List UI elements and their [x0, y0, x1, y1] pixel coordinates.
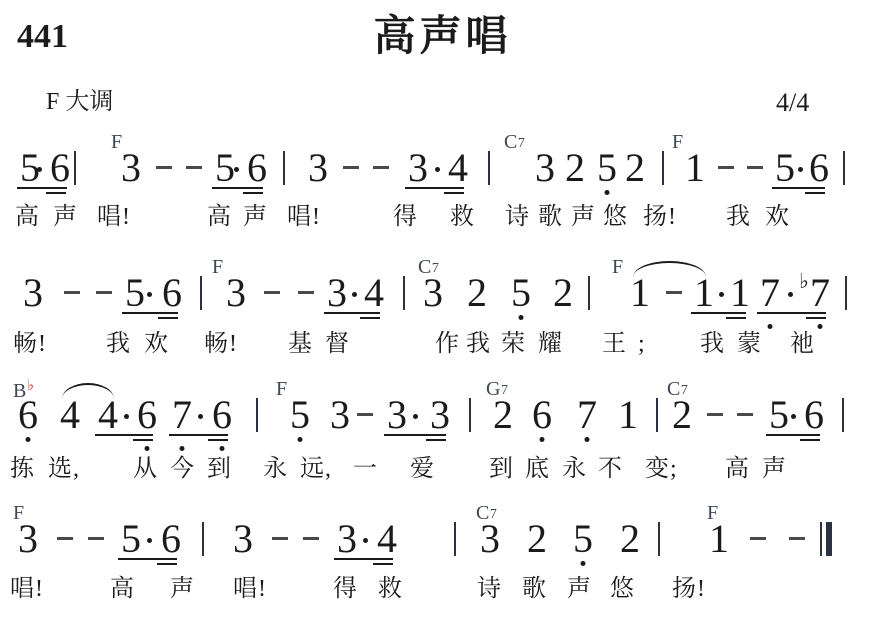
- barline: [454, 522, 456, 556]
- lyric-syllable: 蒙: [737, 330, 762, 359]
- barline: [662, 151, 664, 185]
- lyric-syllable: 作: [435, 330, 460, 359]
- barline: [200, 276, 202, 310]
- chord-quality: 7: [518, 136, 526, 151]
- note-6: 6: [804, 400, 824, 430]
- lyric-syllable: 声: [170, 575, 195, 604]
- lyric-syllable: 祂: [790, 330, 815, 359]
- duration-dash: [707, 413, 723, 416]
- lyric-syllable: 畅!: [13, 330, 47, 359]
- duration-dash: [186, 166, 202, 169]
- beam-underline: [118, 558, 177, 560]
- music-line: B♭644676F5333G72671C7256拣选,从今到永远,一爱到底永不变…: [0, 400, 885, 525]
- music-line: 356F334C73252F11177♭畅!我欢畅!基督作我荣耀王;我蒙祂: [0, 278, 885, 403]
- beam-underline: [766, 434, 820, 436]
- beam-underline: [122, 312, 178, 314]
- dotted-note-dot: [788, 292, 793, 297]
- note-7: 7: [172, 400, 192, 430]
- note-5: 5: [215, 153, 235, 183]
- lyric-syllable: 我: [466, 330, 491, 359]
- lyric-syllable: 到: [207, 455, 232, 484]
- dotted-note-dot: [234, 167, 239, 172]
- note-6: 6: [532, 400, 552, 430]
- lyric-syllable: 高: [110, 575, 135, 604]
- music-line: 56F356334C73252F156高声唱!高声唱!得救诗歌声悠扬!我欢: [0, 153, 885, 278]
- chord-label: F: [612, 257, 624, 277]
- lyric-syllable: 督: [325, 330, 350, 359]
- note-1: 1: [730, 278, 750, 308]
- note-2: 2: [467, 278, 487, 308]
- octave-dot: [540, 437, 545, 442]
- note-3: 3: [408, 153, 428, 183]
- duration-dash: [357, 413, 373, 416]
- octave-dot: [220, 446, 225, 451]
- dotted-note-dot: [37, 167, 42, 172]
- beam-double-underline: [208, 439, 228, 441]
- note-2: 2: [527, 524, 547, 554]
- lyric-syllable: 王: [602, 330, 627, 359]
- lyric-syllable: 欢: [765, 203, 790, 232]
- note-5: 5: [121, 524, 141, 554]
- lyric-syllable: 我: [106, 330, 131, 359]
- barline: [656, 398, 658, 432]
- beam-underline: [691, 312, 746, 314]
- flat-accidental-icon: ♭: [799, 271, 809, 292]
- note-1: 1: [694, 278, 714, 308]
- note-6: 6: [161, 524, 181, 554]
- lyric-syllable: 得: [393, 203, 418, 232]
- note-6: 6: [809, 153, 829, 183]
- music-line: F356334C73252F1唱!高声唱!得救诗歌声悠扬!: [0, 524, 885, 641]
- barline: [588, 276, 590, 310]
- lyric-syllable: 底: [525, 455, 550, 484]
- lyric-syllable: 扬!: [672, 575, 706, 604]
- lyric-syllable: 声: [762, 455, 787, 484]
- beam-double-underline: [46, 192, 66, 194]
- note-3: 3: [121, 153, 141, 183]
- chord-label: C7: [504, 132, 525, 152]
- note-2: 2: [553, 278, 573, 308]
- lyric-syllable: 唱!: [233, 575, 267, 604]
- note-6: 6: [162, 278, 182, 308]
- dotted-note-dot: [435, 167, 440, 172]
- beam-underline: [405, 187, 464, 189]
- octave-dot: [768, 324, 773, 329]
- lyric-syllable: 基: [288, 330, 313, 359]
- beam-underline: [17, 187, 67, 189]
- duration-dash: [272, 537, 288, 540]
- octave-dot: [298, 437, 303, 442]
- note-5: 5: [597, 153, 617, 183]
- note-2: 2: [565, 153, 585, 183]
- lyric-syllable: 我: [700, 330, 725, 359]
- lyric-syllable: 到: [489, 455, 514, 484]
- octave-dot: [585, 437, 590, 442]
- octave-dot: [26, 437, 31, 442]
- note-3: 3: [387, 400, 407, 430]
- note-3: 3: [535, 153, 555, 183]
- beam-underline: [169, 434, 228, 436]
- final-barline: [820, 522, 822, 556]
- lyric-syllable: 声: [571, 203, 596, 232]
- final-barline-thick: [826, 522, 832, 556]
- duration-dash: [156, 166, 172, 169]
- note-5: 5: [775, 153, 795, 183]
- note-4: 4: [98, 400, 118, 430]
- lyric-syllable: 得: [333, 575, 358, 604]
- beam-double-underline: [805, 192, 825, 194]
- lyric-syllable: ;: [638, 330, 646, 359]
- note-6: 6: [50, 153, 70, 183]
- duration-dash: [789, 537, 805, 540]
- duration-dash: [303, 537, 319, 540]
- beam-double-underline: [726, 317, 746, 319]
- dotted-note-dot: [791, 414, 796, 419]
- note-5: 5: [125, 278, 145, 308]
- beam-double-underline: [133, 439, 153, 441]
- beam-underline: [324, 312, 380, 314]
- lyric-syllable: 今: [170, 455, 195, 484]
- barline: [843, 151, 845, 185]
- octave-dot: [581, 561, 586, 566]
- beam-double-underline: [426, 439, 446, 441]
- barline: [283, 151, 285, 185]
- lyric-syllable: 唱!: [97, 203, 131, 232]
- hymn-sheet: 441 高声唱 F 大调 4/4 56F356334C73252F156高声唱!…: [0, 0, 885, 641]
- lyric-syllable: 声: [567, 575, 592, 604]
- lyric-syllable: 拣: [10, 455, 35, 484]
- duration-dash: [96, 291, 112, 294]
- beam-double-underline: [444, 192, 464, 194]
- octave-dot: [519, 315, 524, 320]
- note-3: 3: [330, 400, 350, 430]
- note-4: 4: [364, 278, 384, 308]
- beam-underline: [757, 312, 826, 314]
- duration-dash: [264, 291, 280, 294]
- note-3: 3: [337, 524, 357, 554]
- note-2: 2: [672, 400, 692, 430]
- lyric-syllable: 我: [726, 203, 751, 232]
- lyric-syllable: 欢: [144, 330, 169, 359]
- note-3: 3: [430, 400, 450, 430]
- lyric-syllable: 救: [450, 203, 475, 232]
- note-3: 3: [327, 278, 347, 308]
- duration-dash: [737, 413, 753, 416]
- beam-double-underline: [243, 192, 263, 194]
- notation-area: 56F356334C73252F156高声唱!高声唱!得救诗歌声悠扬!我欢356…: [0, 0, 885, 641]
- note-2: 2: [493, 400, 513, 430]
- lyric-syllable: 永: [562, 455, 587, 484]
- lyric-syllable: 歌: [522, 575, 547, 604]
- lyric-syllable: 声: [243, 203, 268, 232]
- barline: [469, 398, 471, 432]
- octave-dot: [145, 446, 150, 451]
- duration-dash: [747, 166, 763, 169]
- note-3: 3: [480, 524, 500, 554]
- lyric-syllable: 救: [378, 575, 403, 604]
- lyric-syllable: 耀: [538, 330, 563, 359]
- beam-double-underline: [157, 563, 177, 565]
- note-7: 7♭: [810, 278, 830, 308]
- note-4: 4: [448, 153, 468, 183]
- note-5: 5: [290, 400, 310, 430]
- barline: [256, 398, 258, 432]
- lyric-syllable: 声: [53, 203, 78, 232]
- dotted-note-dot: [124, 414, 129, 419]
- note-1: 1: [618, 400, 638, 430]
- lyric-syllable: 从: [133, 455, 158, 484]
- chord-label: F: [276, 379, 288, 399]
- note-5: 5: [511, 278, 531, 308]
- lyric-syllable: 悠: [603, 203, 628, 232]
- note-2: 2: [620, 524, 640, 554]
- beam-underline: [95, 434, 153, 436]
- lyric-syllable: 歌: [538, 203, 563, 232]
- note-1: 1: [685, 153, 705, 183]
- lyric-syllable: 扬!: [643, 203, 677, 232]
- lyric-syllable: 高: [15, 203, 40, 232]
- note-2: 2: [625, 153, 645, 183]
- beam-underline: [334, 558, 393, 560]
- beam-double-underline: [360, 317, 380, 319]
- note-5: 5: [769, 400, 789, 430]
- barline: [845, 276, 847, 310]
- lyric-syllable: 变;: [645, 455, 678, 484]
- duration-dash: [88, 537, 104, 540]
- lyric-syllable: 悠: [610, 575, 635, 604]
- duration-dash: [343, 166, 359, 169]
- note-6: 6: [212, 400, 232, 430]
- note-4: 4: [377, 524, 397, 554]
- note-3: 3: [18, 524, 38, 554]
- note-7: 7: [760, 278, 780, 308]
- duration-dash: [373, 166, 389, 169]
- lyric-syllable: 永: [263, 455, 288, 484]
- barline: [842, 398, 844, 432]
- octave-dot: [180, 446, 185, 451]
- dotted-note-dot: [352, 292, 357, 297]
- lyric-syllable: 荣: [501, 330, 526, 359]
- lyric-syllable: 唱!: [287, 203, 321, 232]
- duration-dash: [718, 166, 734, 169]
- barline: [202, 522, 204, 556]
- dotted-note-dot: [363, 538, 368, 543]
- chord-label: F: [672, 132, 684, 152]
- lyric-syllable: 畅!: [204, 330, 238, 359]
- lyric-syllable: 不: [598, 455, 623, 484]
- beam-underline: [772, 187, 825, 189]
- beam-double-underline: [373, 563, 393, 565]
- beam-underline: [212, 187, 263, 189]
- duration-dash: [298, 291, 314, 294]
- barline: [74, 151, 76, 185]
- dotted-note-dot: [798, 167, 803, 172]
- note-4: 4: [60, 400, 80, 430]
- dotted-note-dot: [198, 414, 203, 419]
- lyric-syllable: 诗: [477, 575, 502, 604]
- note-7: 7: [577, 400, 597, 430]
- duration-dash: [750, 537, 766, 540]
- chord-label: F: [212, 257, 224, 277]
- note-3: 3: [308, 153, 328, 183]
- note-6: 6: [18, 400, 38, 430]
- duration-dash: [57, 537, 73, 540]
- duration-dash: [64, 291, 80, 294]
- note-5: 5: [573, 524, 593, 554]
- beam-double-underline: [806, 317, 826, 319]
- lyric-syllable: 远,: [300, 455, 332, 484]
- lyric-syllable: 高: [207, 203, 232, 232]
- note-3: 3: [423, 278, 443, 308]
- note-6: 6: [137, 400, 157, 430]
- lyric-syllable: 诗: [505, 203, 530, 232]
- lyric-syllable: 唱!: [10, 575, 44, 604]
- note-1: 1: [709, 524, 729, 554]
- dotted-note-dot: [147, 538, 152, 543]
- dotted-note-dot: [413, 414, 418, 419]
- lyric-syllable: 爱: [410, 455, 435, 484]
- barline: [403, 276, 405, 310]
- note-3: 3: [233, 524, 253, 554]
- note-3: 3: [226, 278, 246, 308]
- dotted-note-dot: [719, 292, 724, 297]
- dotted-note-dot: [147, 292, 152, 297]
- note-1: 1: [630, 278, 650, 308]
- note-6: 6: [247, 153, 267, 183]
- note-3: 3: [23, 278, 43, 308]
- barline: [658, 522, 660, 556]
- lyric-syllable: 一: [353, 455, 378, 484]
- duration-dash: [666, 291, 682, 294]
- octave-dot: [605, 190, 610, 195]
- octave-dot: [818, 324, 823, 329]
- beam-underline: [384, 434, 446, 436]
- lyric-syllable: 选,: [48, 455, 80, 484]
- lyric-syllable: 高: [725, 455, 750, 484]
- beam-double-underline: [800, 439, 820, 441]
- beam-double-underline: [158, 317, 178, 319]
- barline: [488, 151, 490, 185]
